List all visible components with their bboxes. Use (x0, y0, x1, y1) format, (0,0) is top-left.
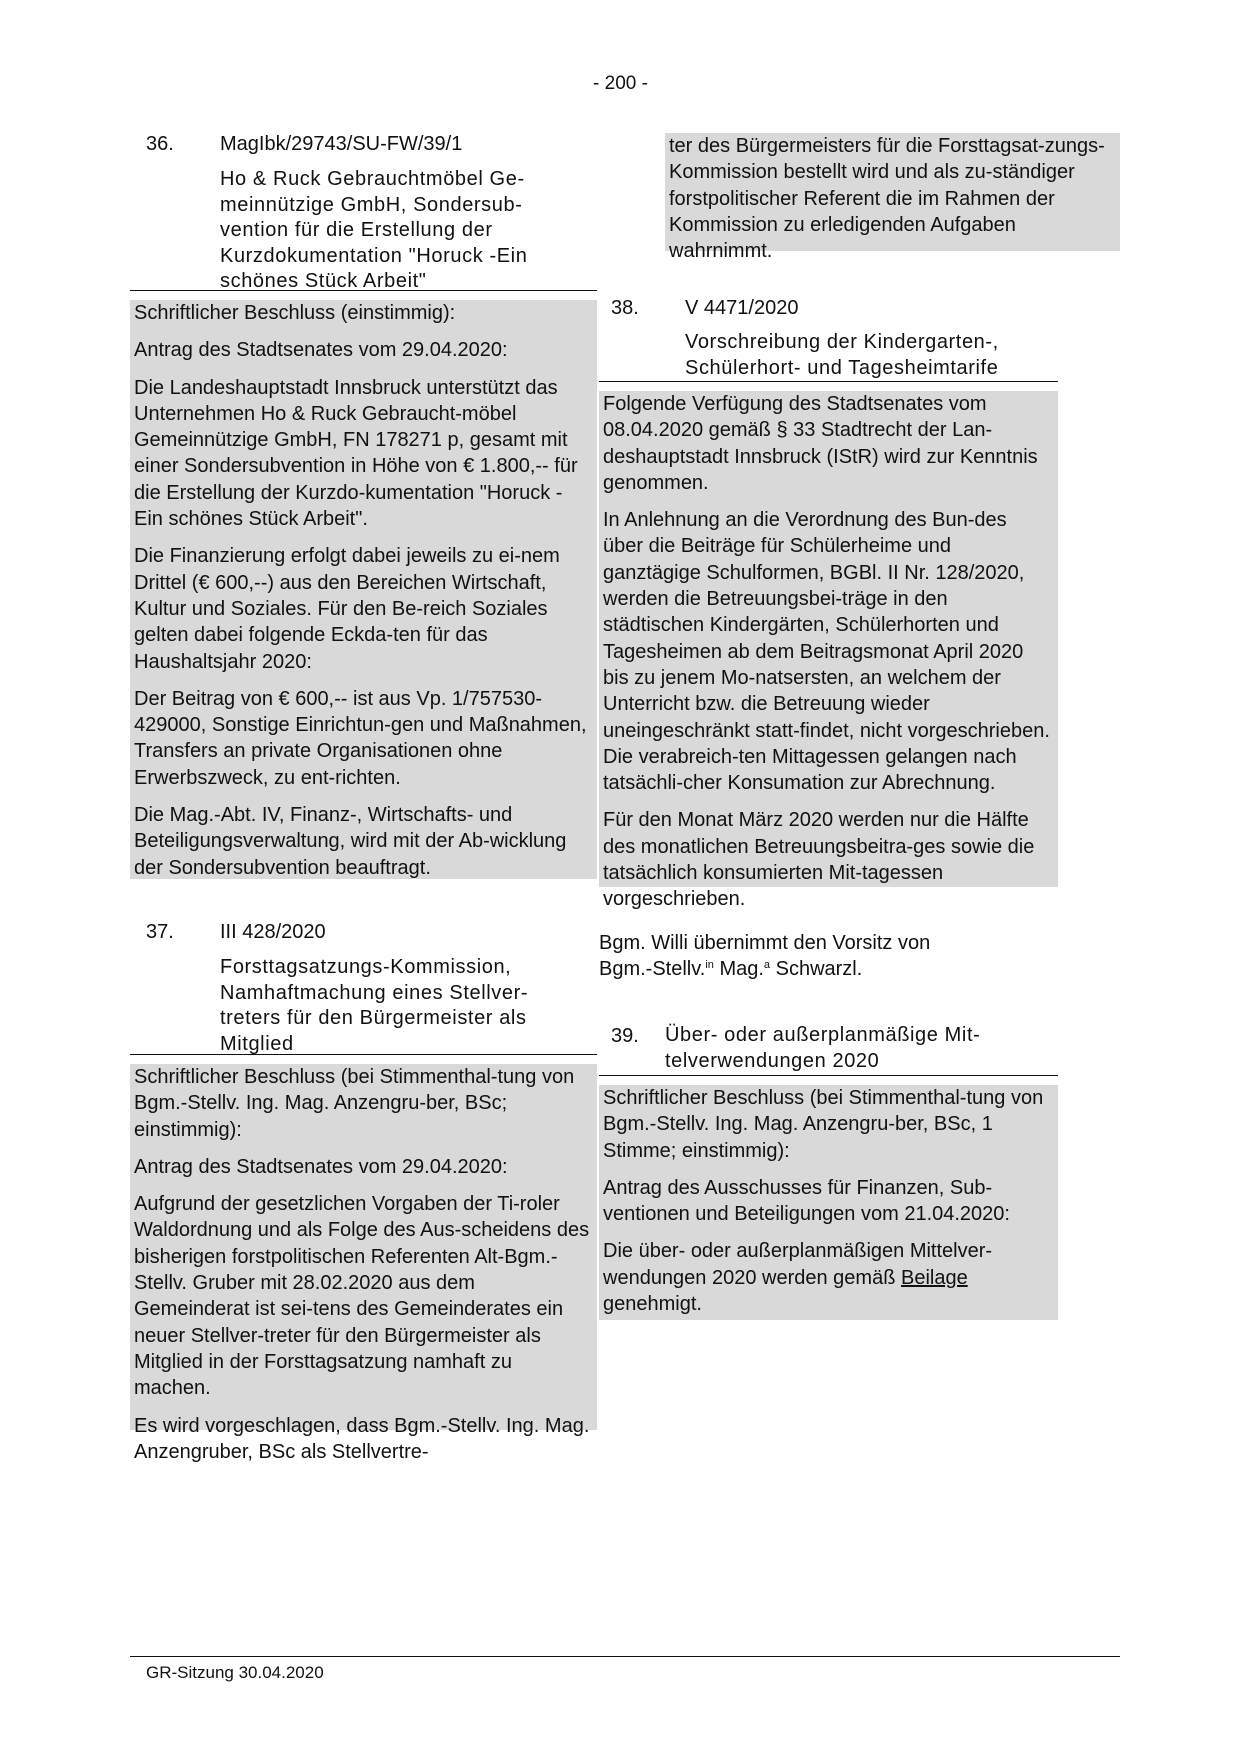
title-line: Schülerhort- und Tagesheimtarife (685, 356, 1120, 382)
footer-meeting-date: GR-Sitzung 30.04.2020 (146, 1663, 324, 1683)
item-39-resolution-box: Schriftlicher Beschluss (bei Stimmenthal… (599, 1085, 1058, 1320)
item-38-title: Vorschreibung der Kindergarten-, Schüler… (685, 330, 1120, 381)
page-number: - 200 - (0, 73, 1241, 95)
paragraph: Die über- oder außerplanmäßigen Mittelve… (603, 1238, 1052, 1317)
item-39-title: Über- oder außerplanmäßige Mit- telverwe… (665, 1023, 1120, 1074)
chair-change-note: Bgm. Willi übernimmt den Vorsitz von Bgm… (599, 930, 1058, 982)
item-number: 39. (611, 1023, 639, 1049)
divider (599, 381, 1058, 382)
divider (130, 1054, 597, 1055)
note-line: Bgm. Willi übernimmt den Vorsitz von (599, 930, 1058, 956)
paragraph: Die Mag.-Abt. IV, Finanz-, Wirtschafts- … (134, 802, 591, 881)
item-37-title: Forsttagsatzungs-Kommission, Namhaftmach… (220, 955, 597, 1057)
item-reference: III 428/2020 (220, 919, 326, 945)
motion-source: Antrag des Stadtsenates vom 29.04.2020: (134, 1154, 591, 1180)
attachment-link[interactable]: Beilage (901, 1267, 968, 1289)
paragraph: Folgende Verfügung des Stadtsenates vom … (603, 391, 1052, 496)
divider (599, 1075, 1058, 1076)
item-36-resolution-box: Schriftlicher Beschluss (einstimmig): An… (130, 300, 597, 879)
paragraph: Aufgrund der gesetzlichen Vorgaben der T… (134, 1191, 591, 1401)
title-line: telverwendungen 2020 (665, 1049, 1120, 1075)
item-38-resolution-box: Folgende Verfügung des Stadtsenates vom … (599, 391, 1058, 887)
divider (130, 290, 597, 291)
resolution-type: Schriftlicher Beschluss (einstimmig): (134, 300, 591, 326)
title-line: Ho & Ruck Gebrauchtmöbel Ge- (220, 167, 597, 193)
resolution-type: Schriftlicher Beschluss (bei Stimmenthal… (134, 1064, 591, 1143)
item-36-title: Ho & Ruck Gebrauchtmöbel Ge- meinnützige… (220, 167, 597, 295)
title-line: Namhaftmachung eines Stellver- (220, 981, 597, 1007)
title-line: meinnützige GmbH, Sondersub- (220, 193, 597, 219)
text: Schwarzl. (770, 958, 862, 980)
motion-source: Antrag des Ausschusses für Finanzen, Sub… (603, 1175, 1052, 1228)
paragraph: ter des Bürgermeisters für die Forsttags… (669, 133, 1114, 264)
text: genehmigt. (603, 1293, 702, 1315)
item-number: 37. (146, 919, 174, 945)
item-number: 36. (146, 131, 174, 157)
item-reference: V 4471/2020 (685, 295, 798, 321)
text: Bgm.-Stellv. (599, 958, 705, 980)
paragraph: Die Finanzierung erfolgt dabei jeweils z… (134, 543, 591, 674)
item-37-resolution-box: Schriftlicher Beschluss (bei Stimmenthal… (130, 1064, 597, 1430)
resolution-type: Schriftlicher Beschluss (bei Stimmenthal… (603, 1085, 1052, 1164)
title-line: Vorschreibung der Kindergarten-, (685, 330, 1120, 356)
motion-source: Antrag des Stadtsenates vom 29.04.2020: (134, 337, 591, 363)
paragraph: Der Beitrag von € 600,-- ist aus Vp. 1/7… (134, 686, 591, 791)
paragraph: Für den Monat März 2020 werden nur die H… (603, 807, 1052, 912)
title-line: Kurzdokumentation "Horuck -Ein (220, 244, 597, 270)
text: Mag. (714, 958, 764, 980)
title-line: Forsttagsatzungs-Kommission, (220, 955, 597, 981)
item-37-continuation-box: ter des Bürgermeisters für die Forsttags… (665, 133, 1120, 251)
paragraph: Es wird vorgeschlagen, dass Bgm.-Stellv.… (134, 1413, 591, 1466)
paragraph: Die Landeshauptstadt Innsbruck unterstüt… (134, 375, 591, 533)
superscript: in (705, 959, 714, 971)
footer-divider (130, 1656, 1120, 1657)
title-line: Über- oder außerplanmäßige Mit- (665, 1023, 1120, 1049)
item-reference: MagIbk/29743/SU-FW/39/1 (220, 131, 462, 157)
title-line: treters für den Bürgermeister als (220, 1006, 597, 1032)
title-line: vention für die Erstellung der (220, 218, 597, 244)
item-number: 38. (611, 295, 639, 321)
note-line: Bgm.-Stellv.in Mag.a Schwarzl. (599, 956, 1058, 982)
paragraph: In Anlehnung an die Verordnung des Bun-d… (603, 507, 1052, 796)
